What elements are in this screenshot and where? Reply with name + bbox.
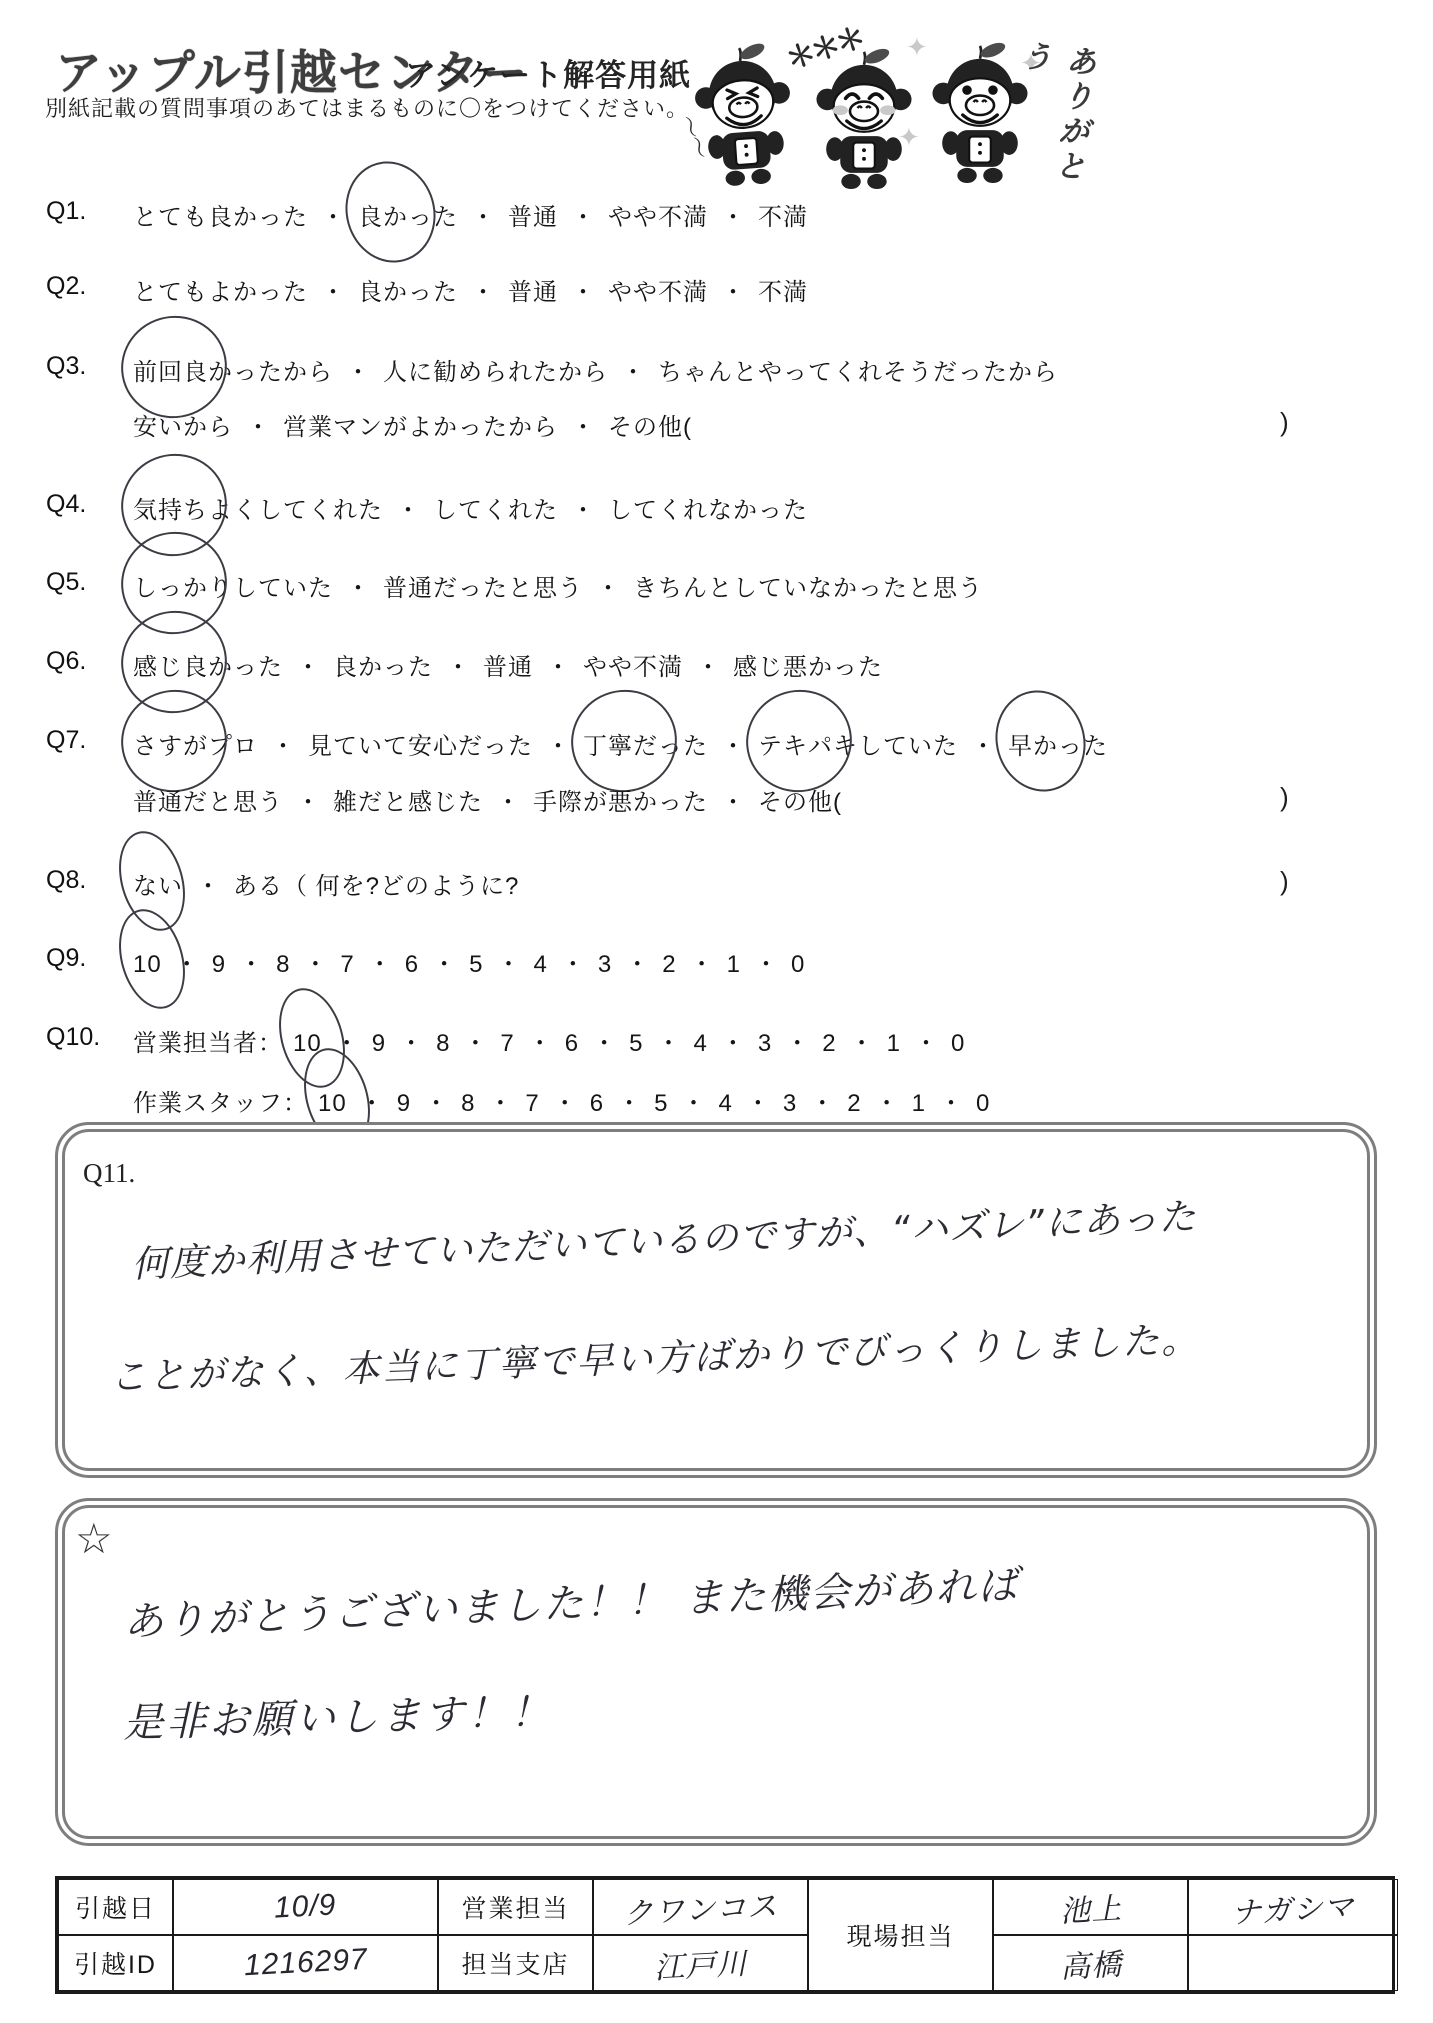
question-number: Q10. xyxy=(46,1023,100,1052)
question-row: 普通だと思う・雑だと感じた・手際が悪かった・その他() xyxy=(0,782,1433,816)
option: 普通だったと思う xyxy=(383,568,583,603)
option-separator: ・ xyxy=(496,782,520,817)
option-separator: ・ xyxy=(497,944,521,979)
option-circled: テキパキしていた xyxy=(758,726,958,761)
question-number: Q2. xyxy=(46,272,86,301)
option-separator: ・ xyxy=(850,1023,874,1058)
option: 営業マンがよかったから xyxy=(283,407,558,442)
option-separator: ・ xyxy=(368,944,392,979)
option: 不満 xyxy=(758,197,808,232)
option: 3 xyxy=(598,951,612,979)
site-staff-value: ナガシマ xyxy=(1188,1879,1398,1935)
option-separator: ・ xyxy=(561,944,585,979)
option-separator: ・ xyxy=(754,944,778,979)
question-row: Q6.感じ良かった・良かった・普通・やや不満・感じ悪かった xyxy=(0,647,1433,681)
option-separator: ・ xyxy=(424,1083,448,1118)
option: 6 xyxy=(405,951,419,979)
q11-label: Q11. xyxy=(83,1158,135,1189)
option-circled: ない xyxy=(133,866,183,901)
option-separator: ・ xyxy=(396,490,420,525)
option: 手際が悪かった xyxy=(533,782,708,817)
option-separator: ・ xyxy=(296,782,320,817)
option: ちゃんとやってくれそうだったから xyxy=(658,352,1058,387)
question-number: Q6. xyxy=(46,647,86,676)
option-separator: ・ xyxy=(592,1023,616,1058)
move-id-label: 引越ID xyxy=(58,1935,173,1991)
option-separator: ・ xyxy=(696,647,720,682)
option-separator: ・ xyxy=(617,1083,641,1118)
options-line: 作業スタッフ：10・9・8・7・6・5・4・3・2・1・0 xyxy=(133,1083,990,1118)
option: 普通 xyxy=(508,197,558,232)
option-separator: ・ xyxy=(528,1023,552,1058)
option-separator: ・ xyxy=(721,1023,745,1058)
option-separator: ・ xyxy=(296,647,320,682)
option-separator: ・ xyxy=(721,726,745,761)
question-number: Q8. xyxy=(46,866,86,895)
option: とてもよかった xyxy=(133,272,308,307)
option-separator: ・ xyxy=(690,944,714,979)
question-row: Q7.さすがプロ・見ていて安心だった・丁寧だった・テキパキしていた・早かった xyxy=(0,726,1433,760)
option-circled: 前回良かったから xyxy=(133,352,333,387)
site-staff-label: 現場担当 xyxy=(808,1879,993,1991)
option-separator: ・ xyxy=(546,726,570,761)
option: 3 xyxy=(758,1030,772,1058)
options-line: 営業担当者：10・9・8・7・6・5・4・3・2・1・0 xyxy=(133,1023,965,1058)
option: 雑だと感じた xyxy=(333,782,483,817)
option: してくれた xyxy=(433,490,558,525)
option: 1 xyxy=(887,1030,901,1058)
option-circled: 感じ良かった xyxy=(133,647,283,682)
option-separator: ・ xyxy=(303,944,327,979)
options-line: 10・9・8・7・6・5・4・3・2・1・0 xyxy=(133,944,805,979)
question-row: Q2.とてもよかった・良かった・普通・やや不満・不満 xyxy=(0,272,1433,306)
options-line: とても良かった・良かった・普通・やや不満・不満 xyxy=(133,197,808,232)
option-separator: ・ xyxy=(360,1083,384,1118)
option-separator: ・ xyxy=(657,1023,681,1058)
option-circled: 早かった xyxy=(1008,726,1108,761)
question-row: Q5.しっかりしていた・普通だったと思う・きちんとしていなかったと思う xyxy=(0,568,1433,602)
option: 7 xyxy=(500,1030,514,1058)
option-circled: 10 xyxy=(293,1030,322,1058)
q11-handwritten-line: 何度か利用させていただいているのですが、“ハズレ”にあった xyxy=(130,1186,1197,1288)
option: 感じ悪かった xyxy=(733,647,883,682)
question-row: 作業スタッフ：10・9・8・7・6・5・4・3・2・1・0 xyxy=(0,1083,1433,1117)
option: やや不満 xyxy=(608,197,708,232)
question-number: Q7. xyxy=(46,726,86,755)
option: 9 xyxy=(212,951,226,979)
option: やや不満 xyxy=(608,272,708,307)
option: 4 xyxy=(694,1030,708,1058)
option-separator: ・ xyxy=(621,352,645,387)
footer-info-table: 引越日 10/9 営業担当 クワンコス 現場担当 池上 ナガシマ 引越ID 12… xyxy=(55,1876,1395,1994)
move-id-value: 1216297 xyxy=(173,1935,438,1991)
option: 人に勧められたから xyxy=(383,352,608,387)
option: 8 xyxy=(461,1090,475,1118)
option-separator: ・ xyxy=(625,944,649,979)
branch-value: 江戸川 xyxy=(593,1935,808,1991)
option: ある（ 何を?どのように? xyxy=(233,866,519,901)
option: とても良かった xyxy=(133,197,308,232)
option: その他( xyxy=(758,782,842,817)
question-row: Q9.10・9・8・7・6・5・4・3・2・1・0 xyxy=(0,944,1433,978)
option-separator: ・ xyxy=(785,1023,809,1058)
option-separator: ・ xyxy=(721,782,745,817)
option-separator: ・ xyxy=(432,944,456,979)
option: 2 xyxy=(822,1030,836,1058)
option: 4 xyxy=(719,1090,733,1118)
question-number: Q5. xyxy=(46,568,86,597)
option: 1 xyxy=(727,951,741,979)
options-line: さすがプロ・見ていて安心だった・丁寧だった・テキパキしていた・早かった xyxy=(133,726,1108,761)
option: 0 xyxy=(791,951,805,979)
option: 2 xyxy=(662,951,676,979)
option: 不満 xyxy=(758,272,808,307)
option-circled: 10 xyxy=(133,951,162,979)
option: きちんとしていなかったと思う xyxy=(633,568,983,603)
option-circled: しっかりしていた xyxy=(133,568,333,603)
options-line: とてもよかった・良かった・普通・やや不満・不満 xyxy=(133,272,808,307)
question-row: Q8.ない・ある（ 何を?どのように?) xyxy=(0,866,1433,900)
option: 5 xyxy=(654,1090,668,1118)
option-separator: ・ xyxy=(571,407,595,442)
option: してくれなかった xyxy=(608,490,808,525)
question-row: Q4.気持ちよくしてくれた・してくれた・してくれなかった xyxy=(0,490,1433,524)
question-row: Q3.前回良かったから・人に勧められたから・ちゃんとやってくれそうだったから xyxy=(0,352,1433,386)
move-date-value: 10/9 xyxy=(173,1879,438,1935)
options-line: 普通だと思う・雑だと感じた・手際が悪かった・その他( xyxy=(133,782,842,817)
option-separator: ・ xyxy=(463,1023,487,1058)
option-separator: ・ xyxy=(546,647,570,682)
branch-label: 担当支店 xyxy=(438,1935,593,1991)
sales-rep-value: クワンコス xyxy=(593,1879,808,1935)
q11-handwritten-line: ことがなく、本当に丁寧で早い方ばかりでびっくりしました。 xyxy=(108,1309,1200,1401)
question-number: Q9. xyxy=(46,944,86,973)
option: その他( xyxy=(608,407,692,442)
options-line: 気持ちよくしてくれた・してくれた・してくれなかった xyxy=(133,490,808,525)
option-separator: ・ xyxy=(571,490,595,525)
option-circled: 気持ちよくしてくれた xyxy=(133,490,383,525)
option: 8 xyxy=(436,1030,450,1058)
option: 0 xyxy=(976,1090,990,1118)
site-staff-value: 高橋 xyxy=(993,1935,1188,1991)
option-separator: ・ xyxy=(346,568,370,603)
option: 7 xyxy=(525,1090,539,1118)
option: 2 xyxy=(847,1090,861,1118)
option: 安いから xyxy=(133,407,233,442)
thanks-handwritten-line: 是非お願いします！！ xyxy=(122,1680,553,1748)
option-separator: ・ xyxy=(721,197,745,232)
star-icon: ☆ xyxy=(75,1514,113,1563)
options-line: しっかりしていた・普通だったと思う・きちんとしていなかったと思う xyxy=(133,568,983,603)
question-number: Q4. xyxy=(46,490,86,519)
option: 9 xyxy=(372,1030,386,1058)
option-separator: ・ xyxy=(721,272,745,307)
option: 7 xyxy=(340,951,354,979)
option: 普通 xyxy=(508,272,558,307)
option-circled: 10 xyxy=(318,1090,347,1118)
site-staff-value: 池上 xyxy=(993,1879,1188,1935)
question-row: Q1.とても良かった・良かった・普通・やや不満・不満 xyxy=(0,197,1433,231)
survey-sheet: アップル引越センター アンケート解答用紙 別紙記載の質問事項のあてはまるものに〇… xyxy=(0,0,1433,2023)
options-line: 前回良かったから・人に勧められたから・ちゃんとやってくれそうだったから xyxy=(133,352,1058,387)
site-staff-value xyxy=(1188,1935,1398,1991)
option-separator: ・ xyxy=(810,1083,834,1118)
option-separator: ・ xyxy=(553,1083,577,1118)
option-prefix-label: 営業担当者： xyxy=(133,1023,283,1058)
option-separator: ・ xyxy=(321,197,345,232)
option-separator: ・ xyxy=(571,197,595,232)
option-separator: ・ xyxy=(939,1083,963,1118)
option-separator: ・ xyxy=(971,726,995,761)
option: 4 xyxy=(534,951,548,979)
option-separator: ・ xyxy=(914,1023,938,1058)
option: 6 xyxy=(590,1090,604,1118)
option: 6 xyxy=(565,1030,579,1058)
question-number: Q1. xyxy=(46,197,86,226)
question-row: Q10.営業担当者：10・9・8・7・6・5・4・3・2・1・0 xyxy=(0,1023,1433,1057)
option: 5 xyxy=(469,951,483,979)
option-separator: ・ xyxy=(321,272,345,307)
option: 3 xyxy=(783,1090,797,1118)
option-separator: ・ xyxy=(446,647,470,682)
option-separator: ・ xyxy=(246,407,270,442)
option-prefix-label: 作業スタッフ： xyxy=(133,1083,308,1118)
option-circled: 良かった xyxy=(358,197,458,232)
option-separator: ・ xyxy=(335,1023,359,1058)
option-separator: ・ xyxy=(488,1083,512,1118)
option-separator: ・ xyxy=(196,866,220,901)
option-separator: ・ xyxy=(596,568,620,603)
option-separator: ・ xyxy=(471,197,495,232)
option-separator: ・ xyxy=(239,944,263,979)
option: 良かった xyxy=(333,647,433,682)
option-separator: ・ xyxy=(175,944,199,979)
option-circled: さすがプロ xyxy=(133,726,258,761)
closing-paren: ) xyxy=(1280,782,1289,813)
options-line: 安いから・営業マンがよかったから・その他( xyxy=(133,407,692,442)
question-row: 安いから・営業マンがよかったから・その他() xyxy=(0,407,1433,441)
q11-comment-box: Q11. 何度か利用させていただいているのですが、“ハズレ”にあった ことがなく… xyxy=(55,1122,1377,1478)
question-number: Q3. xyxy=(46,352,86,381)
option: 5 xyxy=(629,1030,643,1058)
option: 1 xyxy=(912,1090,926,1118)
option: 普通 xyxy=(483,647,533,682)
option-separator: ・ xyxy=(875,1083,899,1118)
thanks-comment-box: ☆ ありがとうございました！！ また機会があれば 是非お願いします！！ xyxy=(55,1498,1377,1846)
options-line: ない・ある（ 何を?どのように? xyxy=(133,866,519,901)
options-line: 感じ良かった・良かった・普通・やや不満・感じ悪かった xyxy=(133,647,883,682)
option: 見ていて安心だった xyxy=(308,726,533,761)
option-separator: ・ xyxy=(746,1083,770,1118)
option-separator: ・ xyxy=(271,726,295,761)
move-date-label: 引越日 xyxy=(58,1879,173,1935)
option-separator: ・ xyxy=(571,272,595,307)
option: 8 xyxy=(276,951,290,979)
option-separator: ・ xyxy=(346,352,370,387)
option-separator: ・ xyxy=(682,1083,706,1118)
option: 0 xyxy=(951,1030,965,1058)
thanks-handwritten-line: ありがとうございました！！ また機会があれば xyxy=(122,1553,1020,1648)
sales-rep-label: 営業担当 xyxy=(438,1879,593,1935)
option-separator: ・ xyxy=(471,272,495,307)
option: やや不満 xyxy=(583,647,683,682)
closing-paren: ) xyxy=(1280,407,1289,438)
option: 9 xyxy=(397,1090,411,1118)
option: 普通だと思う xyxy=(133,782,283,817)
option: 良かった xyxy=(358,272,458,307)
option-separator: ・ xyxy=(399,1023,423,1058)
option-circled: 丁寧だった xyxy=(583,726,708,761)
closing-paren: ) xyxy=(1280,866,1289,897)
